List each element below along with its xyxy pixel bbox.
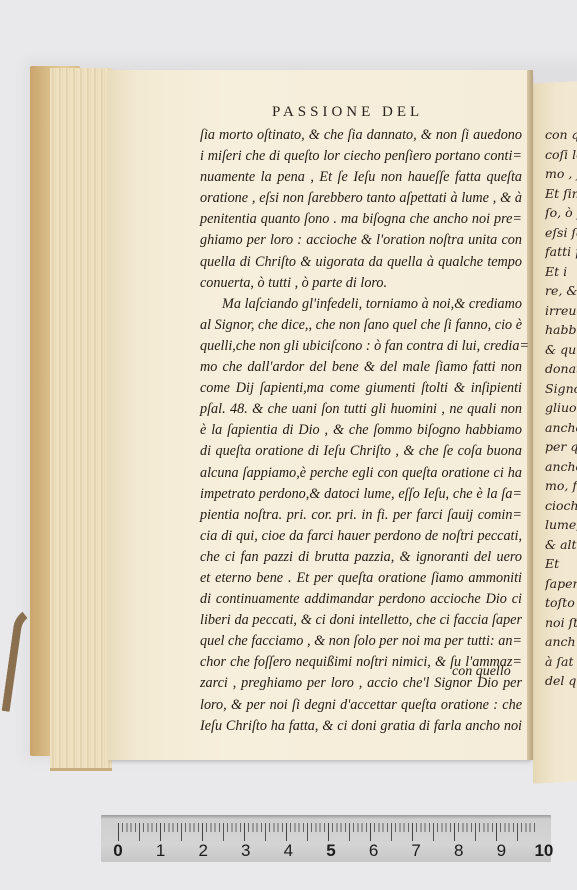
text-line: ghiamo per loro : accioche & l'oration n… <box>200 230 522 251</box>
ruler-label: 8 <box>449 841 469 859</box>
ruler-labels: 012345678910 <box>108 841 554 859</box>
page-text-block: ſia morto oſtinato, & che ſia dannato, &… <box>200 125 522 737</box>
text-line: oratione , eſsi non ſarebbero tanto aſpe… <box>200 188 522 209</box>
text-line: al Signor, che dice,, che non ſano quel … <box>200 315 522 336</box>
facing-line-fragment: re, & <box>545 281 577 301</box>
text-line: loro, & per noi ſi degni d'accettar queſ… <box>200 695 522 716</box>
facing-line-fragment: & alt <box>545 535 577 555</box>
text-line: cia di qui, cioe da farci hauer perdono … <box>200 526 522 547</box>
facing-line-fragment: ancho <box>545 457 577 477</box>
facing-line-fragment: per q <box>545 437 577 457</box>
text-line: è la ſapientia di Dio , & che ſommo biſo… <box>200 420 522 441</box>
facing-line-fragment: lume; <box>545 515 577 535</box>
facing-line-fragment: eſsi ſegi <box>545 223 577 243</box>
ruler-major-ticks <box>118 823 538 841</box>
text-line: penitentia quanto ſono . ma biſogna che … <box>200 209 522 230</box>
facing-page-text: con qucoſi lormo , ſiEt ſimilſo, ò ſieſs… <box>545 125 577 691</box>
ruler-label: 9 <box>491 841 511 859</box>
facing-line-fragment: anchó <box>545 418 577 438</box>
facing-line-fragment: Et ſimil <box>545 184 577 204</box>
text-line: alcuna ſappiamo,è perche egli con queſta… <box>200 463 522 484</box>
facing-line-fragment: coſi lor <box>545 145 577 165</box>
text-line: Ma laſciando gl'infedeli, torniamo à noi… <box>200 294 522 315</box>
text-line: i miſeri che di queſto lor ciecho penſie… <box>200 146 522 167</box>
facing-line-fragment: cioche <box>545 496 577 516</box>
facing-line-fragment: mo, fa <box>545 476 577 496</box>
facing-line-fragment: anch <box>545 632 577 652</box>
text-line: quelli,che non gli ubiciſcono : ò fan co… <box>200 336 522 357</box>
text-line: pſal. 48. & che uani ſon tutti gli huomi… <box>200 399 522 420</box>
facing-line-fragment: con qu <box>545 125 577 145</box>
text-line: impetrato perdono,& datoci lume, eſſo Ie… <box>200 484 522 505</box>
text-line: nuamente la pena , Et ſe Ieſu non haueſſ… <box>200 167 522 188</box>
ruler-label: 1 <box>151 841 171 859</box>
text-line: quella di Chriſto & uigorata da quella à… <box>200 252 522 273</box>
scale-ruler: 012345678910 <box>101 815 551 862</box>
text-line: che ci fan pazzi di brutta pazzia, & ign… <box>200 547 522 568</box>
facing-line-fragment: gliuo <box>545 398 577 418</box>
ruler-label: 0 <box>108 841 128 859</box>
facing-line-fragment: del q <box>545 671 577 691</box>
text-line: mo che dall'ardor del bene & del male ſi… <box>200 357 522 378</box>
facing-line-fragment: ſaper <box>545 574 577 594</box>
facing-line-fragment: Et i <box>545 262 577 282</box>
catchword: con quello <box>452 664 511 680</box>
ruler-label: 4 <box>278 841 298 859</box>
ruler-label: 6 <box>364 841 384 859</box>
running-head: PASSIONE DEL <box>272 104 423 121</box>
text-line: quel che facciamo , & non ſolo per noi m… <box>200 631 522 652</box>
text-line: pientia noſtra. pri. cor. pri. in fi. pe… <box>200 505 522 526</box>
ruler-label: 7 <box>406 841 426 859</box>
facing-line-fragment: noi ſt <box>545 613 577 633</box>
facing-line-fragment: irreuo <box>545 301 577 321</box>
text-line: Ieſu Chriſto ha fatta, & ci doni gratia … <box>200 716 522 737</box>
text-line: di continuamente addimandar perdono acci… <box>200 589 522 610</box>
ruler-label: 10 <box>534 841 554 859</box>
page-edges-stack <box>50 68 112 771</box>
facing-line-fragment: donat <box>545 359 577 379</box>
facing-line-fragment: ſo, ò ſi <box>545 203 577 223</box>
ruler-label: 5 <box>321 841 341 859</box>
text-line: liberi da peccati, & ci doni intelletto,… <box>200 610 522 631</box>
facing-line-fragment: Signo <box>545 379 577 399</box>
text-line: ſia morto oſtinato, & che ſia dannato, &… <box>200 125 522 146</box>
text-line: et eterno bene . Et per queſta oratione … <box>200 568 522 589</box>
ruler-label: 2 <box>193 841 213 859</box>
facing-line-fragment: à ſat <box>545 652 577 672</box>
text-line: conuerta, ò tutti , ò parte di loro. <box>200 273 522 294</box>
book-gutter <box>527 70 533 760</box>
ruler-label: 3 <box>236 841 256 859</box>
facing-line-fragment: & qu <box>545 340 577 360</box>
facing-line-fragment: mo , ſi <box>545 164 577 184</box>
facing-line-fragment: habbia <box>545 320 577 340</box>
facing-line-fragment: fatti pe <box>545 242 577 262</box>
text-line: come Dij ſapienti,ma come giumenti ſtolt… <box>200 378 522 399</box>
facing-line-fragment: Et <box>545 554 577 574</box>
text-line: di queſta oratione di Ieſu Chriſto , & c… <box>200 441 522 462</box>
facing-line-fragment: toſto <box>545 593 577 613</box>
